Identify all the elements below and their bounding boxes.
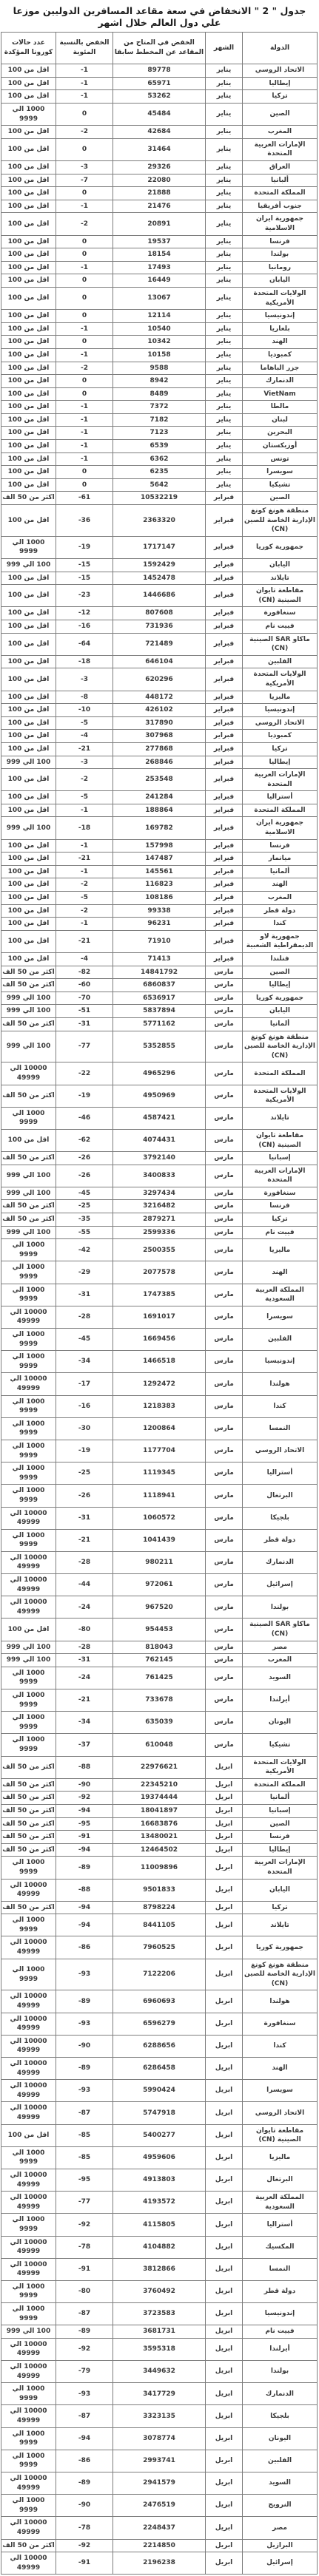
seats-reduction-cell: 5352855 bbox=[113, 1031, 206, 1062]
percentage-reduction-cell: -1 bbox=[56, 90, 113, 104]
table-row: الصينمارس14841792-82اكثر من 50 الف bbox=[1, 966, 318, 979]
seats-reduction-cell: 807608 bbox=[113, 607, 206, 620]
month-cell: مارس bbox=[206, 1462, 243, 1485]
percentage-reduction-cell: -26 bbox=[56, 1152, 113, 1165]
month-cell: فبراير bbox=[206, 492, 243, 505]
country-cell: كندا bbox=[243, 1395, 318, 1417]
header-percentage-reduction: الخفض بالنسبة المئوية bbox=[56, 33, 113, 64]
month-cell: فبراير bbox=[206, 804, 243, 817]
country-cell: بلغاريا bbox=[243, 322, 318, 336]
seats-reduction-cell: 3681731 bbox=[113, 2325, 206, 2339]
country-cell: تونس bbox=[243, 453, 318, 466]
seats-reduction-cell: 4115805 bbox=[113, 2214, 206, 2236]
seats-reduction-cell: 646104 bbox=[113, 655, 206, 668]
seats-reduction-cell: 731936 bbox=[113, 620, 206, 633]
covid-cases-cell: 10000 الي 49999 bbox=[1, 1879, 56, 1901]
seats-reduction-cell: 4965296 bbox=[113, 1062, 206, 1085]
covid-cases-cell: اقل من 100 bbox=[1, 769, 56, 791]
covid-cases-cell: اقل من 100 bbox=[1, 466, 56, 479]
covid-cases-cell: 100 الي 999 bbox=[1, 1654, 56, 1667]
table-row: إيطاليافبراير268846-3100 الي 999 bbox=[1, 756, 318, 769]
month-cell: ابريل bbox=[206, 2102, 243, 2124]
month-cell: ابريل bbox=[206, 1914, 243, 1936]
seats-reduction-cell: 2214850 bbox=[113, 2539, 206, 2552]
percentage-reduction-cell: 0 bbox=[56, 104, 113, 126]
country-cell: العراق bbox=[243, 161, 318, 174]
month-cell: ابريل bbox=[206, 2450, 243, 2472]
country-cell: تركيا bbox=[243, 90, 318, 104]
covid-cases-cell: اقل من 100 bbox=[1, 505, 56, 537]
table-row: الاتحاد الروسيمارس1177704-191000 الي 999… bbox=[1, 1440, 318, 1462]
percentage-reduction-cell: 0 bbox=[56, 187, 113, 200]
country-cell: فرنسا bbox=[243, 1831, 318, 1844]
table-row: النمسامارس1200864-301000 الي 9999 bbox=[1, 1417, 318, 1440]
month-cell: مارس bbox=[206, 1417, 243, 1440]
table-row: البرتغالابريل4913803-9510000 الي 49999 bbox=[1, 2169, 318, 2191]
table-row: تايلاندفبراير1452478-15اقل من 100 bbox=[1, 572, 318, 585]
covid-cases-cell: 10000 الي 49999 bbox=[1, 2058, 56, 2080]
percentage-reduction-cell: -28 bbox=[56, 1641, 113, 1654]
covid-cases-cell: 10000 الي 49999 bbox=[1, 1551, 56, 1573]
covid-cases-cell: اقل من 100 bbox=[1, 322, 56, 336]
header-country: الدولة bbox=[243, 33, 318, 64]
country-cell: ألمانيا bbox=[243, 1792, 318, 1805]
percentage-reduction-cell: -1 bbox=[56, 865, 113, 878]
country-cell: كمبوديا bbox=[243, 348, 318, 362]
covid-cases-cell: اكثر من 50 الف bbox=[1, 1213, 56, 1227]
percentage-reduction-cell: -21 bbox=[56, 930, 113, 952]
table-row: مصرابريل2248437-7810000 الي 49999 bbox=[1, 2517, 318, 2539]
percentage-reduction-cell: -12 bbox=[56, 607, 113, 620]
percentage-reduction-cell: -78 bbox=[56, 2236, 113, 2258]
table-row: الإمارات العربية المتحدةابريل11009896-89… bbox=[1, 1857, 318, 1879]
table-row: السويدابريل2941579-8910000 الي 49999 bbox=[1, 2472, 318, 2494]
seats-reduction-cell: 6536917 bbox=[113, 992, 206, 1005]
covid-cases-cell: اقل من 100 bbox=[1, 607, 56, 620]
table-row: المملكة المتحدةمارس4965296-2210000 الي 4… bbox=[1, 1062, 318, 1085]
seats-reduction-cell: 4913803 bbox=[113, 2169, 206, 2191]
seats-reduction-cell: 762145 bbox=[113, 1654, 206, 1667]
table-row: ماكاو SAR الصينية (CN)مارس954453-80اقل م… bbox=[1, 1619, 318, 1641]
covid-cases-cell: 10000 الي 49999 bbox=[1, 1507, 56, 1529]
percentage-reduction-cell: -51 bbox=[56, 1005, 113, 1018]
percentage-reduction-cell: -45 bbox=[56, 1329, 113, 1351]
seats-reduction-cell: 972061 bbox=[113, 1574, 206, 1596]
country-cell: سنغافورة bbox=[243, 607, 318, 620]
seats-reduction-cell: 6288656 bbox=[113, 2035, 206, 2057]
percentage-reduction-cell: -79 bbox=[56, 2361, 113, 2383]
country-cell: جزر الباهاما bbox=[243, 362, 318, 375]
month-cell: ابريل bbox=[206, 2303, 243, 2325]
table-row: سنغافورةفبراير807608-12اقل من 100 bbox=[1, 607, 318, 620]
covid-cases-cell: اقل من 100 bbox=[1, 213, 56, 235]
country-cell: سنغافورة bbox=[243, 1187, 318, 1200]
table-row: اليابانمارس5837894-51100 الي 999 bbox=[1, 1005, 318, 1018]
table-row: سويسراابريل5990424-9310000 الي 49999 bbox=[1, 2080, 318, 2102]
percentage-reduction-cell: -89 bbox=[56, 2058, 113, 2080]
covid-cases-cell: اقل من 100 bbox=[1, 287, 56, 309]
percentage-reduction-cell: 0 bbox=[56, 235, 113, 248]
covid-cases-cell: 1000 الي 9999 bbox=[1, 1329, 56, 1351]
country-cell: تركيا bbox=[243, 1901, 318, 1914]
month-cell: مارس bbox=[206, 1529, 243, 1551]
country-cell: الدنمارك bbox=[243, 1551, 318, 1573]
seats-reduction-cell: 6960693 bbox=[113, 1990, 206, 2013]
month-cell: مارس bbox=[206, 1261, 243, 1284]
country-cell: تركيا bbox=[243, 1213, 318, 1227]
table-row: كندافبراير96231-1اقل من 100 bbox=[1, 918, 318, 931]
country-cell: جمهورية ايران الاسلامية bbox=[243, 213, 318, 235]
seats-reduction-cell: 71910 bbox=[113, 930, 206, 952]
country-cell: الفلبين bbox=[243, 2450, 318, 2472]
month-cell: ابريل bbox=[206, 1936, 243, 1959]
month-cell: مارس bbox=[206, 1284, 243, 1306]
header-seats-reduction: الخفض في المتاح من المقاعد عن المخطط ساب… bbox=[113, 33, 206, 64]
covid-cases-cell: 10000 الي 49999 bbox=[1, 1596, 56, 1619]
covid-cases-cell: 100 الي 999 bbox=[1, 2325, 56, 2339]
table-row: المملكة المتحدةابريل22345210-90اكثر من 5… bbox=[1, 1778, 318, 1792]
country-cell: الإمارات العربية المتحدة bbox=[243, 1857, 318, 1879]
month-cell: يناير bbox=[206, 440, 243, 453]
percentage-reduction-cell: -31 bbox=[56, 1017, 113, 1031]
country-cell: البرتغال bbox=[243, 2169, 318, 2191]
seats-reduction-cell: 6286458 bbox=[113, 2058, 206, 2080]
month-cell: مارس bbox=[206, 979, 243, 992]
percentage-reduction-cell: -90 bbox=[56, 1778, 113, 1792]
month-cell: مارس bbox=[206, 1574, 243, 1596]
country-cell: سويسرا bbox=[243, 466, 318, 479]
table-row: سويسرامارس1691017-2810000 الي 49999 bbox=[1, 1306, 318, 1328]
seats-reduction-cell: 8942 bbox=[113, 375, 206, 388]
covid-cases-cell: اكثر من 50 الف bbox=[1, 1085, 56, 1107]
seats-reduction-cell: 9588 bbox=[113, 362, 206, 375]
percentage-reduction-cell: 0 bbox=[56, 387, 113, 401]
seats-reduction-cell: 3760492 bbox=[113, 2280, 206, 2302]
country-cell: دولة قطر bbox=[243, 1529, 318, 1551]
month-cell: فبراير bbox=[206, 930, 243, 952]
percentage-reduction-cell: -21 bbox=[56, 1529, 113, 1551]
table-row: إندونيسيايناير121140اقل من 100 bbox=[1, 310, 318, 323]
country-cell: النرويج bbox=[243, 2495, 318, 2517]
country-cell: ألمانيا bbox=[243, 865, 318, 878]
month-cell: مارس bbox=[206, 1031, 243, 1062]
table-row: منطقة هونغ كونغ الإدارية الخاصة للصين (C… bbox=[1, 1031, 318, 1062]
country-cell: الهند bbox=[243, 2058, 318, 2080]
month-cell: ابريل bbox=[206, 2383, 243, 2405]
percentage-reduction-cell: -64 bbox=[56, 633, 113, 655]
covid-cases-cell: 100 الي 999 bbox=[1, 756, 56, 769]
covid-cases-cell: 1000 الي 9999 bbox=[1, 1857, 56, 1879]
country-cell: كندا bbox=[243, 2035, 318, 2057]
covid-cases-cell: اكثر من 50 الف bbox=[1, 1792, 56, 1805]
month-cell: ابريل bbox=[206, 2427, 243, 2450]
country-cell: ماليزيا bbox=[243, 1239, 318, 1261]
month-cell: مارس bbox=[206, 1667, 243, 1689]
month-cell: فبراير bbox=[206, 742, 243, 756]
month-cell: فبراير bbox=[206, 791, 243, 804]
percentage-reduction-cell: -23 bbox=[56, 585, 113, 607]
table-row: أوزبكستانيناير6539-1اقل من 100 bbox=[1, 440, 318, 453]
table-row: البحرينيناير7123-1اقل من 100 bbox=[1, 427, 318, 440]
percentage-reduction-cell: -61 bbox=[56, 492, 113, 505]
table-row: دولة قطرمارس1041439-211000 الي 9999 bbox=[1, 1529, 318, 1551]
seats-reduction-cell: 967520 bbox=[113, 1596, 206, 1619]
table-row: المكسيكابريل4104882-7810000 الي 49999 bbox=[1, 2236, 318, 2258]
seats-reduction-cell: 3792140 bbox=[113, 1152, 206, 1165]
covid-cases-cell: اقل من 100 bbox=[1, 187, 56, 200]
seats-reduction-cell: 3078774 bbox=[113, 2427, 206, 2450]
seats-reduction-cell: 29326 bbox=[113, 161, 206, 174]
seats-reduction-cell: 147487 bbox=[113, 853, 206, 866]
month-cell: ابريل bbox=[206, 1778, 243, 1792]
seats-reduction-cell: 65971 bbox=[113, 77, 206, 90]
country-cell: كمبوديا bbox=[243, 730, 318, 743]
country-cell: تركيا bbox=[243, 742, 318, 756]
month-cell: يناير bbox=[206, 336, 243, 349]
covid-cases-cell: 100 الي 999 bbox=[1, 1187, 56, 1200]
country-cell: فرنسا bbox=[243, 1200, 318, 1213]
month-cell: مارس bbox=[206, 1306, 243, 1328]
month-cell: يناير bbox=[206, 77, 243, 90]
month-cell: ابريل bbox=[206, 2338, 243, 2360]
country-cell: اليابان bbox=[243, 1005, 318, 1018]
table-row: ماليزيامارس2500355-421000 الي 9999 bbox=[1, 1239, 318, 1261]
percentage-reduction-cell: -34 bbox=[56, 1712, 113, 1734]
table-row: الهندفبراير116823-2اقل من 100 bbox=[1, 878, 318, 892]
country-cell: تشيكيا bbox=[243, 478, 318, 492]
table-row: ماكاو SAR الصينية (CN)فبراير721489-64اقل… bbox=[1, 633, 318, 655]
covid-cases-cell: اكثر من 50 الف bbox=[1, 979, 56, 992]
seats-reduction-cell: 4950969 bbox=[113, 1085, 206, 1107]
month-cell: فبراير bbox=[206, 691, 243, 704]
table-row: تركياابريل8798224-94اكثر من 50 الف bbox=[1, 1901, 318, 1914]
country-cell: جمهورية كوريا bbox=[243, 992, 318, 1005]
month-cell: مارس bbox=[206, 1005, 243, 1018]
seats-reduction-cell: 2941579 bbox=[113, 2472, 206, 2494]
covid-cases-cell: 100 الي 999 bbox=[1, 559, 56, 572]
seats-reduction-cell: 2476519 bbox=[113, 2495, 206, 2517]
covid-cases-cell: 1000 الي 9999 bbox=[1, 2495, 56, 2517]
seats-reduction-cell: 13067 bbox=[113, 287, 206, 309]
covid-cases-cell: 10000 الي 49999 bbox=[1, 2517, 56, 2539]
header-row: الدولة الشهر الخفض في المتاح من المقاعد … bbox=[1, 33, 318, 64]
country-cell: المكسيك bbox=[243, 2236, 318, 2258]
seats-reduction-cell: 1691017 bbox=[113, 1306, 206, 1328]
country-cell: الإمارات العربية المتحدة bbox=[243, 138, 318, 160]
covid-cases-cell: 1000 الي 9999 bbox=[1, 2280, 56, 2302]
percentage-reduction-cell: -1 bbox=[56, 427, 113, 440]
table-row: فرنسامارس3216482-25اكثر من 50 الف bbox=[1, 1200, 318, 1213]
percentage-reduction-cell: -94 bbox=[56, 1843, 113, 1857]
country-cell: المملكة المتحدة bbox=[243, 187, 318, 200]
country-cell: مالطا bbox=[243, 401, 318, 414]
percentage-reduction-cell: -90 bbox=[56, 2495, 113, 2517]
month-cell: ابريل bbox=[206, 1990, 243, 2013]
covid-cases-cell: 10000 الي 49999 bbox=[1, 2169, 56, 2191]
country-cell: أستراليا bbox=[243, 791, 318, 804]
country-cell: مقاطعة تايوان الصينية (CN) bbox=[243, 585, 318, 607]
table-row: ألمانيامارس5771162-31اكثر من 50 الف bbox=[1, 1017, 318, 1031]
month-cell: مارس bbox=[206, 1485, 243, 1507]
seats-reduction-cell: 11009896 bbox=[113, 1857, 206, 1879]
covid-cases-cell: 10000 الي 49999 bbox=[1, 2405, 56, 2427]
month-cell: ابريل bbox=[206, 2146, 243, 2169]
seats-reduction-cell: 3449632 bbox=[113, 2361, 206, 2383]
seats-reduction-cell: 5642 bbox=[113, 478, 206, 492]
percentage-reduction-cell: -21 bbox=[56, 742, 113, 756]
table-row: بلجيكامارس1060572-3110000 الي 49999 bbox=[1, 1507, 318, 1529]
month-cell: يناير bbox=[206, 453, 243, 466]
covid-cases-cell: 1000 الي 9999 bbox=[1, 1395, 56, 1417]
table-row: إسرائيلمارس972061-4410000 الي 49999 bbox=[1, 1574, 318, 1596]
table-row: الاتحاد الروسييناير89778-1اقل من 100 bbox=[1, 64, 318, 78]
table-row: الهندمارس2077578-291000 الي 9999 bbox=[1, 1261, 318, 1284]
table-row: الولايات المتحدة الأمريكيةيناير130670اقل… bbox=[1, 287, 318, 309]
covid-cases-cell: 100 الي 999 bbox=[1, 1031, 56, 1062]
covid-cases-cell: 10000 الي 49999 bbox=[1, 1306, 56, 1328]
country-cell: اليابان bbox=[243, 274, 318, 288]
month-cell: مارس bbox=[206, 966, 243, 979]
percentage-reduction-cell: -3 bbox=[56, 756, 113, 769]
covid-cases-cell: 1000 الي 9999 bbox=[1, 1667, 56, 1689]
month-cell: ابريل bbox=[206, 2192, 243, 2214]
month-cell: فبراير bbox=[206, 756, 243, 769]
country-cell: بلجيكا bbox=[243, 1507, 318, 1529]
country-cell: تايلاند bbox=[243, 572, 318, 585]
covid-cases-cell: اقل من 100 bbox=[1, 2124, 56, 2146]
covid-cases-cell: 10000 الي 49999 bbox=[1, 1990, 56, 2013]
table-row: فرنسايناير195370اقل من 100 bbox=[1, 235, 318, 248]
month-cell: فبراير bbox=[206, 668, 243, 691]
seats-reduction-cell: 3417729 bbox=[113, 2383, 206, 2405]
covid-cases-cell: 1000 الي 9999 bbox=[1, 1440, 56, 1462]
percentage-reduction-cell: -80 bbox=[56, 1619, 113, 1641]
percentage-reduction-cell: -16 bbox=[56, 620, 113, 633]
country-cell: جمهورية ايران الاسلامية bbox=[243, 817, 318, 839]
table-row: اليونانابريل3078774-941000 الي 9999 bbox=[1, 2427, 318, 2450]
table-header: الدولة الشهر الخفض في المتاح من المقاعد … bbox=[1, 33, 318, 64]
percentage-reduction-cell: -95 bbox=[56, 1817, 113, 1831]
country-cell: ميانمار bbox=[243, 853, 318, 866]
table-row: الإمارات العربية المتحدةفبراير253548-2اق… bbox=[1, 769, 318, 791]
percentage-reduction-cell: -90 bbox=[56, 2035, 113, 2057]
month-cell: فبراير bbox=[206, 817, 243, 839]
month-cell: يناير bbox=[206, 466, 243, 479]
covid-cases-cell: اقل من 100 bbox=[1, 348, 56, 362]
percentage-reduction-cell: -77 bbox=[56, 1031, 113, 1062]
seats-reduction-cell: 31464 bbox=[113, 138, 206, 160]
table-row: هولنداابريل6960693-8910000 الي 49999 bbox=[1, 1990, 318, 2013]
covid-cases-cell: اكثر من 50 الف bbox=[1, 1778, 56, 1792]
table-row: جمهورية لاو الديمقراطية الشعبيةفبراير719… bbox=[1, 930, 318, 952]
table-row: العراقيناير29326-3اقل من 100 bbox=[1, 161, 318, 174]
table-row: الولايات المتحدة الأمريكيةابريل22976621-… bbox=[1, 1756, 318, 1778]
month-cell: فبراير bbox=[206, 536, 243, 558]
month-cell: يناير bbox=[206, 310, 243, 323]
covid-cases-cell: اقل من 100 bbox=[1, 918, 56, 931]
table-row: تشيكيامارس610048-371000 الي 9999 bbox=[1, 1734, 318, 1756]
month-cell: مارس bbox=[206, 992, 243, 1005]
table-row: اليابانابريل9501833-8810000 الي 49999 bbox=[1, 1879, 318, 1901]
country-cell: المغرب bbox=[243, 1654, 318, 1667]
country-cell: بولندا bbox=[243, 2361, 318, 2383]
seats-reduction-cell: 268846 bbox=[113, 756, 206, 769]
percentage-reduction-cell: -80 bbox=[56, 2280, 113, 2302]
country-cell: الدنمارك bbox=[243, 2383, 318, 2405]
percentage-reduction-cell: -70 bbox=[56, 992, 113, 1005]
seats-reduction-cell: 10532219 bbox=[113, 492, 206, 505]
month-cell: يناير bbox=[206, 362, 243, 375]
country-cell: الاتحاد الروسي bbox=[243, 1440, 318, 1462]
country-cell: المملكة العربية السعودية bbox=[243, 1284, 318, 1306]
seats-reduction-cell: 2599336 bbox=[113, 1226, 206, 1239]
month-cell: فبراير bbox=[206, 918, 243, 931]
covid-cases-cell: 1000 الي 9999 bbox=[1, 1485, 56, 1507]
month-cell: ابريل bbox=[206, 2517, 243, 2539]
country-cell: ماكاو SAR الصينية (CN) bbox=[243, 633, 318, 655]
table-row: كندامارس1218383-161000 الي 9999 bbox=[1, 1395, 318, 1417]
country-cell: ماكاو SAR الصينية (CN) bbox=[243, 1619, 318, 1641]
month-cell: مارس bbox=[206, 1551, 243, 1573]
seats-reduction-cell: 7123 bbox=[113, 427, 206, 440]
month-cell: فبراير bbox=[206, 585, 243, 607]
country-cell: الفلبين bbox=[243, 655, 318, 668]
seats-reduction-cell: 16683876 bbox=[113, 1817, 206, 1831]
seats-reduction-cell: 2500355 bbox=[113, 1239, 206, 1261]
month-cell: مارس bbox=[206, 1734, 243, 1756]
covid-cases-cell: اقل من 100 bbox=[1, 804, 56, 817]
table-row: مصرمارس818043-28100 الي 999 bbox=[1, 1641, 318, 1654]
percentage-reduction-cell: -55 bbox=[56, 1226, 113, 1239]
covid-cases-cell: اقل من 100 bbox=[1, 362, 56, 375]
country-cell: دولة قطر bbox=[243, 2280, 318, 2302]
month-cell: ابريل bbox=[206, 2552, 243, 2575]
seats-reduction-cell: 277868 bbox=[113, 742, 206, 756]
table-row: مقاطعة تايوان الصينية (CN)فبراير1446686-… bbox=[1, 585, 318, 607]
percentage-reduction-cell: 0 bbox=[56, 248, 113, 262]
country-cell: إيطاليا bbox=[243, 756, 318, 769]
country-cell: مصر bbox=[243, 1641, 318, 1654]
percentage-reduction-cell: -4 bbox=[56, 953, 113, 966]
covid-cases-cell: 10000 الي 49999 bbox=[1, 2080, 56, 2102]
percentage-reduction-cell: -3 bbox=[56, 668, 113, 691]
table-row: بلغاريايناير10540-1اقل من 100 bbox=[1, 322, 318, 336]
country-cell: الولايات المتحدة الأمريكية bbox=[243, 1756, 318, 1778]
covid-cases-cell: 10000 الي 49999 bbox=[1, 1936, 56, 1959]
seats-reduction-cell: 7122206 bbox=[113, 1959, 206, 1990]
covid-cases-cell: اقل من 100 bbox=[1, 90, 56, 104]
capacity-reduction-table: الدولة الشهر الخفض في المتاح من المقاعد … bbox=[1, 32, 318, 2575]
percentage-reduction-cell: -44 bbox=[56, 1574, 113, 1596]
seats-reduction-cell: 145561 bbox=[113, 865, 206, 878]
percentage-reduction-cell: -35 bbox=[56, 1213, 113, 1227]
month-cell: يناير bbox=[206, 174, 243, 187]
month-cell: فبراير bbox=[206, 559, 243, 572]
percentage-reduction-cell: -1 bbox=[56, 453, 113, 466]
percentage-reduction-cell: -4 bbox=[56, 730, 113, 743]
percentage-reduction-cell: -94 bbox=[56, 1901, 113, 1914]
month-cell: يناير bbox=[206, 104, 243, 126]
percentage-reduction-cell: -94 bbox=[56, 1804, 113, 1817]
table-row: الفلبينمارس1669456-451000 الي 9999 bbox=[1, 1329, 318, 1351]
percentage-reduction-cell: -10 bbox=[56, 704, 113, 717]
seats-reduction-cell: 3595318 bbox=[113, 2338, 206, 2360]
country-cell: الهند bbox=[243, 1261, 318, 1284]
percentage-reduction-cell: -92 bbox=[56, 2214, 113, 2236]
percentage-reduction-cell: -8 bbox=[56, 691, 113, 704]
month-cell: مارس bbox=[206, 1152, 243, 1165]
table-row: جنوب أفريقيايناير21476-1اقل من 100 bbox=[1, 200, 318, 213]
